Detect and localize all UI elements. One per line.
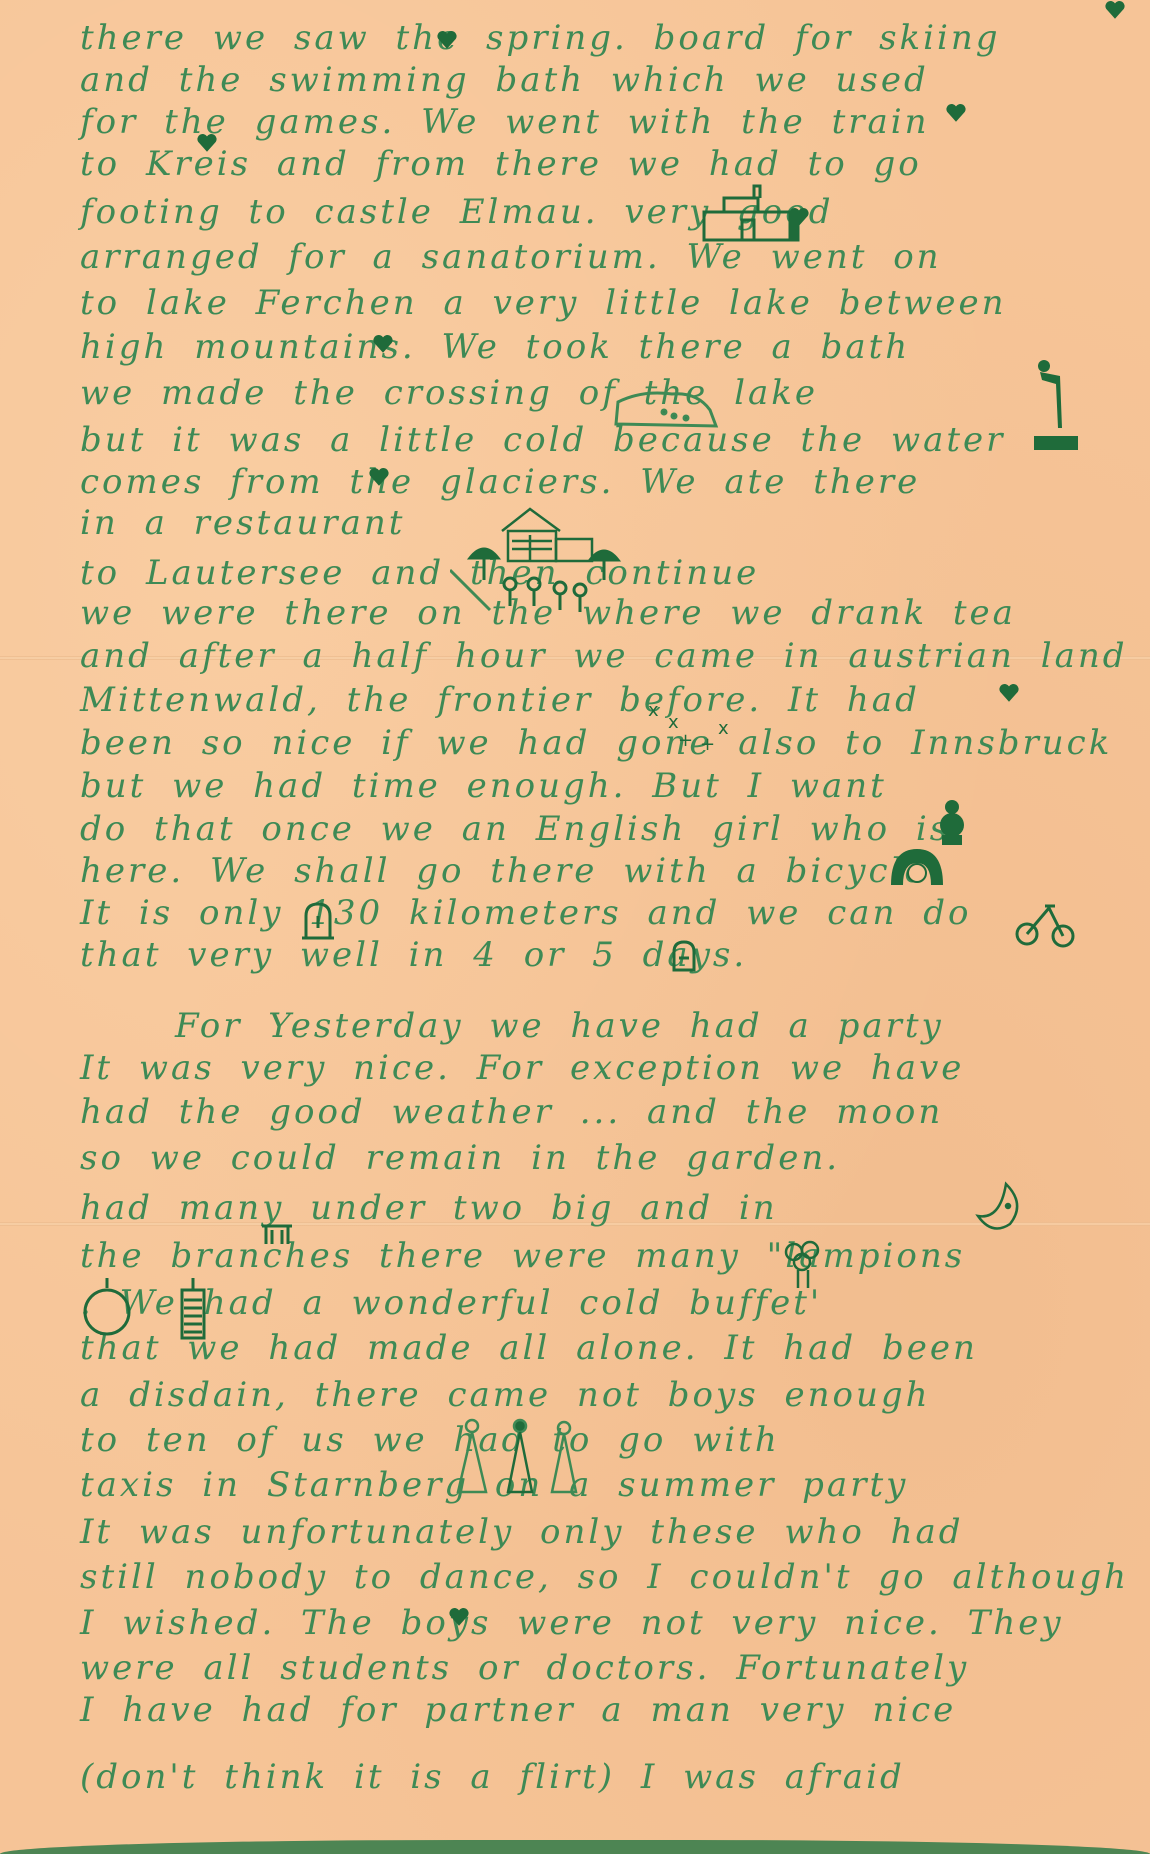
three-women-icon	[450, 1418, 590, 1498]
heart-icon	[196, 133, 218, 153]
letter-line: to lake Ferchen a very little lake betwe…	[80, 283, 1007, 323]
heart-icon	[372, 334, 394, 354]
letter-line: but we had time enough. But I want	[80, 766, 887, 806]
letter-line: For Yesterday we have had a party	[175, 1006, 944, 1046]
girl-face-icon	[932, 797, 972, 847]
heart-icon	[1104, 0, 1126, 20]
letter-line: a disdain, there came not boys enough	[80, 1375, 931, 1415]
letter-line: been so nice if we had gone also to Inns…	[80, 723, 1112, 763]
castle-icon	[702, 180, 802, 244]
letter-line: and the swimming bath which we used	[80, 60, 929, 100]
letter-line: do that once we an English girl who is	[80, 809, 950, 849]
heart-icon	[998, 683, 1020, 703]
letter-line: and after a half hour we came in austria…	[80, 636, 1128, 676]
letter-line: It was very nice. For exception we have	[80, 1048, 964, 1088]
letter-line: that very well in 4 or 5 days.	[80, 935, 747, 975]
tables-icon	[260, 1220, 294, 1246]
letter-line: I have had for partner a man very nice	[80, 1690, 956, 1730]
letter-line: had the good weather ... and the moon	[80, 1092, 943, 1132]
diver-icon	[1030, 358, 1080, 454]
letter-line: but it was a little cold because the wat…	[80, 420, 1005, 460]
letter-line: in a restaurant	[80, 503, 405, 543]
letter-line: to ten of us we had to go with	[80, 1420, 780, 1460]
letter-line: (don't think it is a flirt) I was afraid	[80, 1757, 905, 1797]
letter-line: high mountains. We took there a bath	[80, 327, 910, 367]
trees-icon	[780, 1240, 826, 1290]
letter-page: there we saw the spring. board for skiin…	[0, 0, 1150, 1854]
letter-line: were all students or doctors. Fortunatel…	[80, 1648, 969, 1688]
heart-icon	[436, 30, 458, 50]
letter-line: so we could remain in the garden.	[80, 1138, 840, 1178]
letter-line: comes from the glaciers. We ate there	[80, 462, 920, 502]
heart-icon	[368, 467, 390, 487]
mushrooms-people-icon	[450, 540, 630, 620]
frontier-crosses-icon: xx++x	[648, 700, 738, 760]
letter-line: that we had made all alone. It had been	[80, 1328, 978, 1368]
letter-line: Mittenwald, the frontier before. It had	[80, 680, 920, 720]
letter-line: still nobody to dance, so I couldn't go …	[80, 1557, 1129, 1597]
milestone-icon	[670, 940, 698, 972]
heart-icon	[945, 103, 967, 123]
letter-line: the branches there were many "lampions	[80, 1236, 965, 1276]
boat-icon	[612, 388, 722, 432]
bicycle-icon	[1015, 900, 1075, 948]
letter-line: It was unfortunately only these who had	[80, 1512, 964, 1552]
paper-bottom-edge	[0, 1840, 1150, 1854]
crescent-moon-icon	[970, 1180, 1026, 1236]
letter-line: It is only 130 kilometers and we can do	[80, 893, 972, 933]
letter-line: arranged for a sanatorium. We went on	[80, 237, 942, 277]
letter-line: to Lautersee and then continue	[80, 553, 759, 593]
girl-hair-icon	[887, 845, 947, 889]
milestone-icon	[302, 900, 334, 940]
cylinder-lantern-icon	[178, 1278, 208, 1342]
round-lantern-icon	[82, 1278, 132, 1338]
letter-line: here. We shall go there with a bicycle	[80, 851, 928, 891]
heart-icon	[448, 1607, 470, 1627]
letter-line: there we saw the spring. board for skiin…	[80, 18, 1001, 58]
letter-line: I wished. The boys were not very nice. T…	[80, 1603, 1064, 1643]
letter-line: had many under two big and in	[80, 1188, 778, 1228]
